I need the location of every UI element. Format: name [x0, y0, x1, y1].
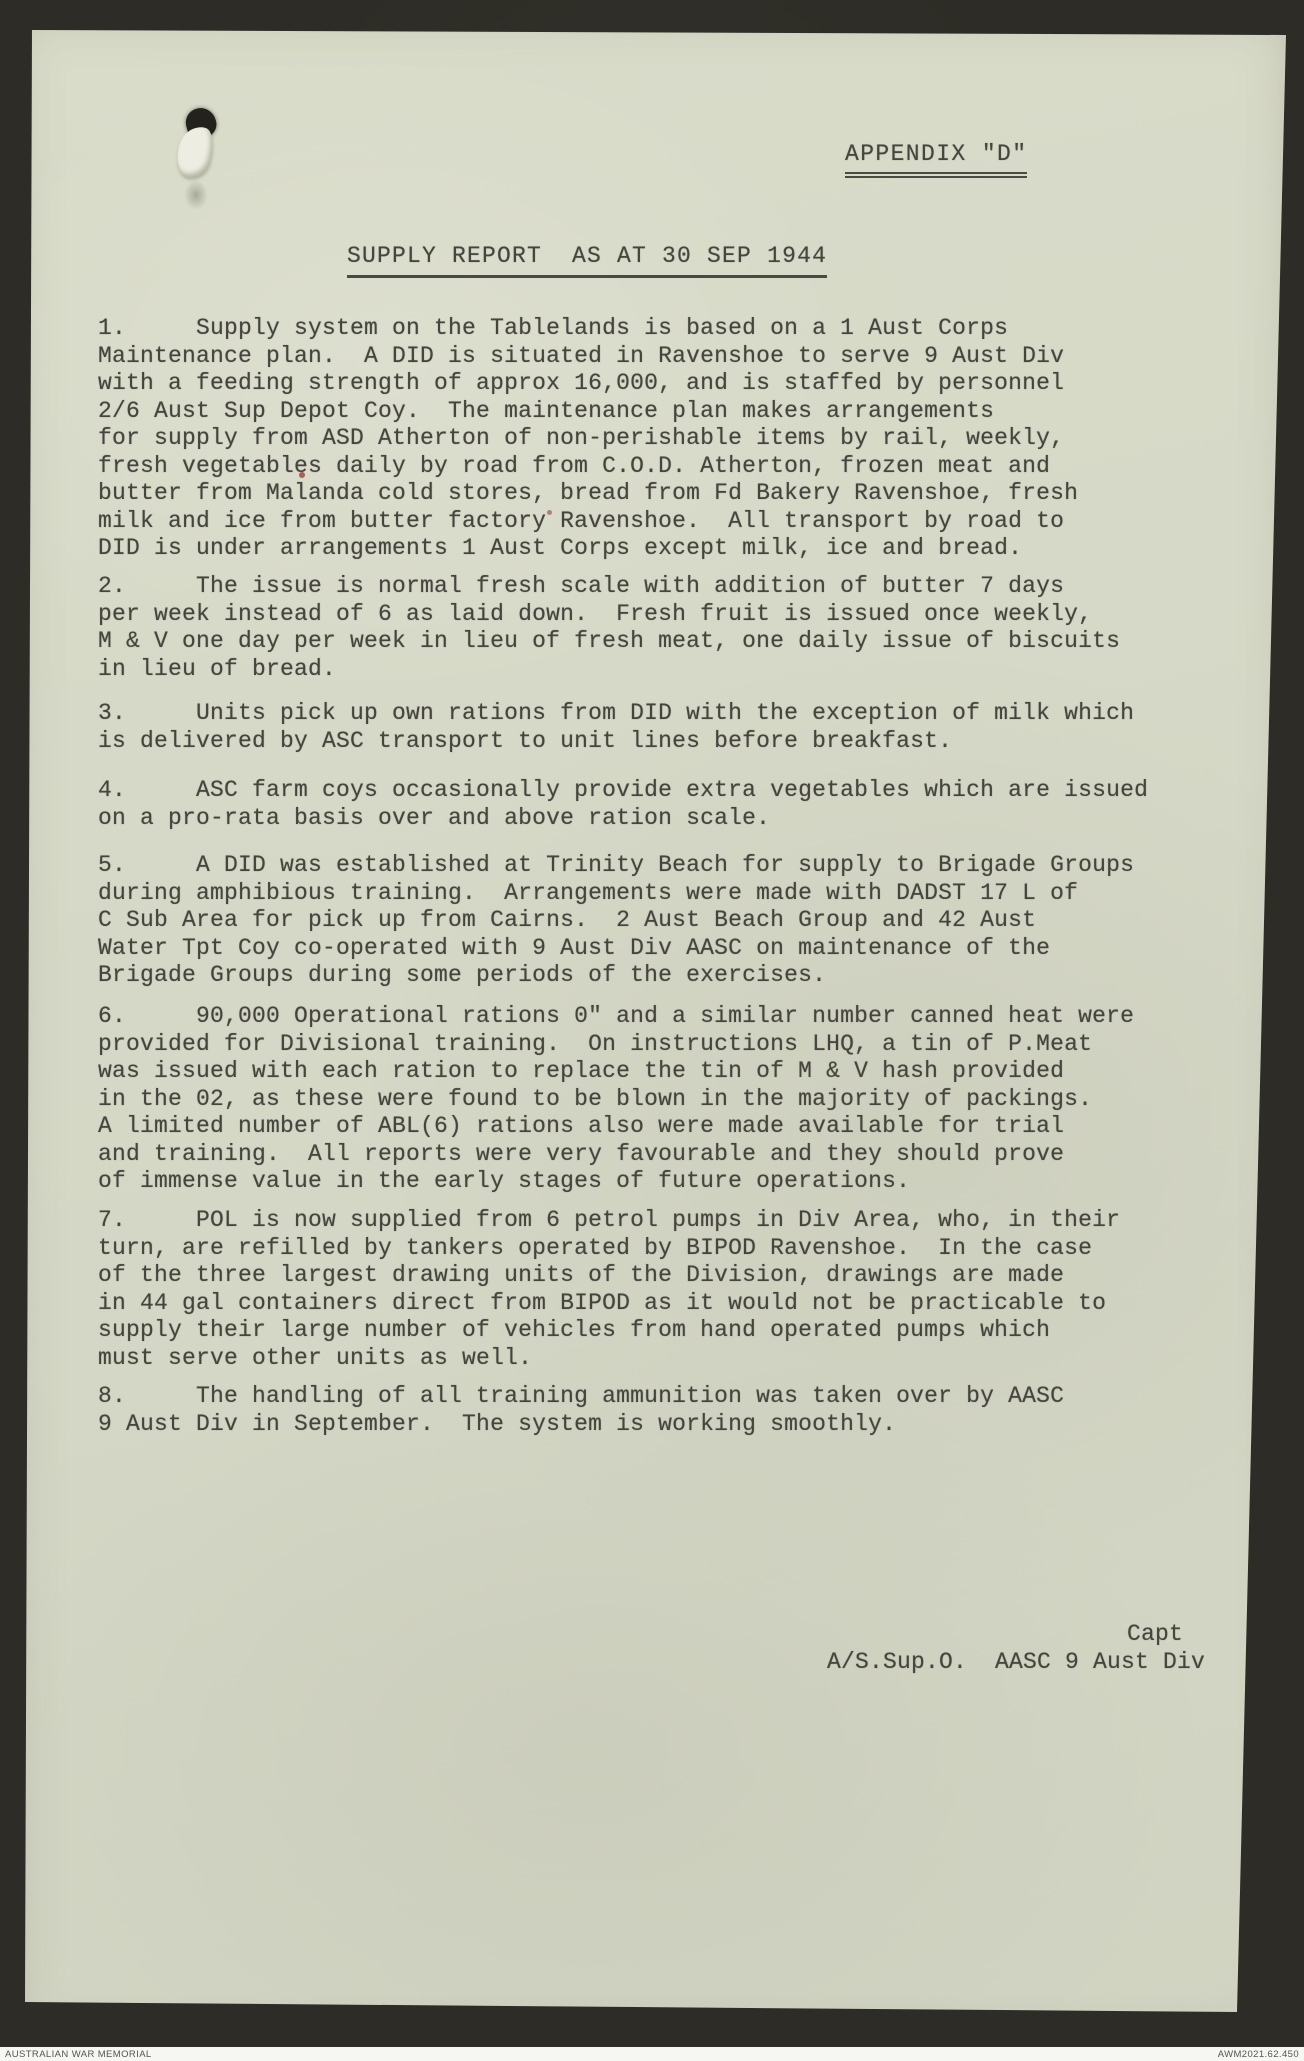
- report-title: SUPPLY REPORT AS AT 30 SEP 1944: [347, 243, 827, 278]
- report-paragraph-8: 8. The handling of all training ammuniti…: [98, 1383, 1213, 1438]
- scanned-document-page: { "doc": { "appendix_label": "APPENDIX \…: [0, 0, 1304, 2061]
- paper-smudge: [184, 180, 208, 210]
- report-paragraph-6: 6. 90,000 Operational rations 0" and a s…: [98, 1003, 1213, 1196]
- archive-reference-number: AWM2021.62.450: [1218, 2049, 1299, 2060]
- appendix-heading: APPENDIX "D": [845, 141, 1027, 178]
- report-paragraph-4: 4. ASC farm coys occasionally provide ex…: [98, 777, 1213, 832]
- paper-sheet: APPENDIX "D" SUPPLY REPORT AS AT 30 SEP …: [0, 0, 1304, 2061]
- signature-rank: Capt: [1127, 1621, 1183, 1649]
- signature-unit: A/S.Sup.O. AASC 9 Aust Div: [827, 1649, 1205, 1677]
- report-paragraph-2: 2. The issue is normal fresh scale with …: [98, 573, 1213, 683]
- report-paragraph-5: 5. A DID was established at Trinity Beac…: [98, 852, 1213, 990]
- red-ink-speck: [547, 510, 552, 515]
- report-paragraph-3: 3. Units pick up own rations from DID wi…: [98, 700, 1213, 755]
- archive-name-label: AUSTRALIAN WAR MEMORIAL: [5, 2049, 152, 2060]
- report-paragraph-7: 7. POL is now supplied from 6 petrol pum…: [98, 1207, 1213, 1372]
- red-ink-speck: [299, 472, 305, 478]
- report-paragraph-1: 1. Supply system on the Tablelands is ba…: [98, 315, 1213, 563]
- archive-footer: AUSTRALIAN WAR MEMORIAL AWM2021.62.450: [0, 2047, 1304, 2061]
